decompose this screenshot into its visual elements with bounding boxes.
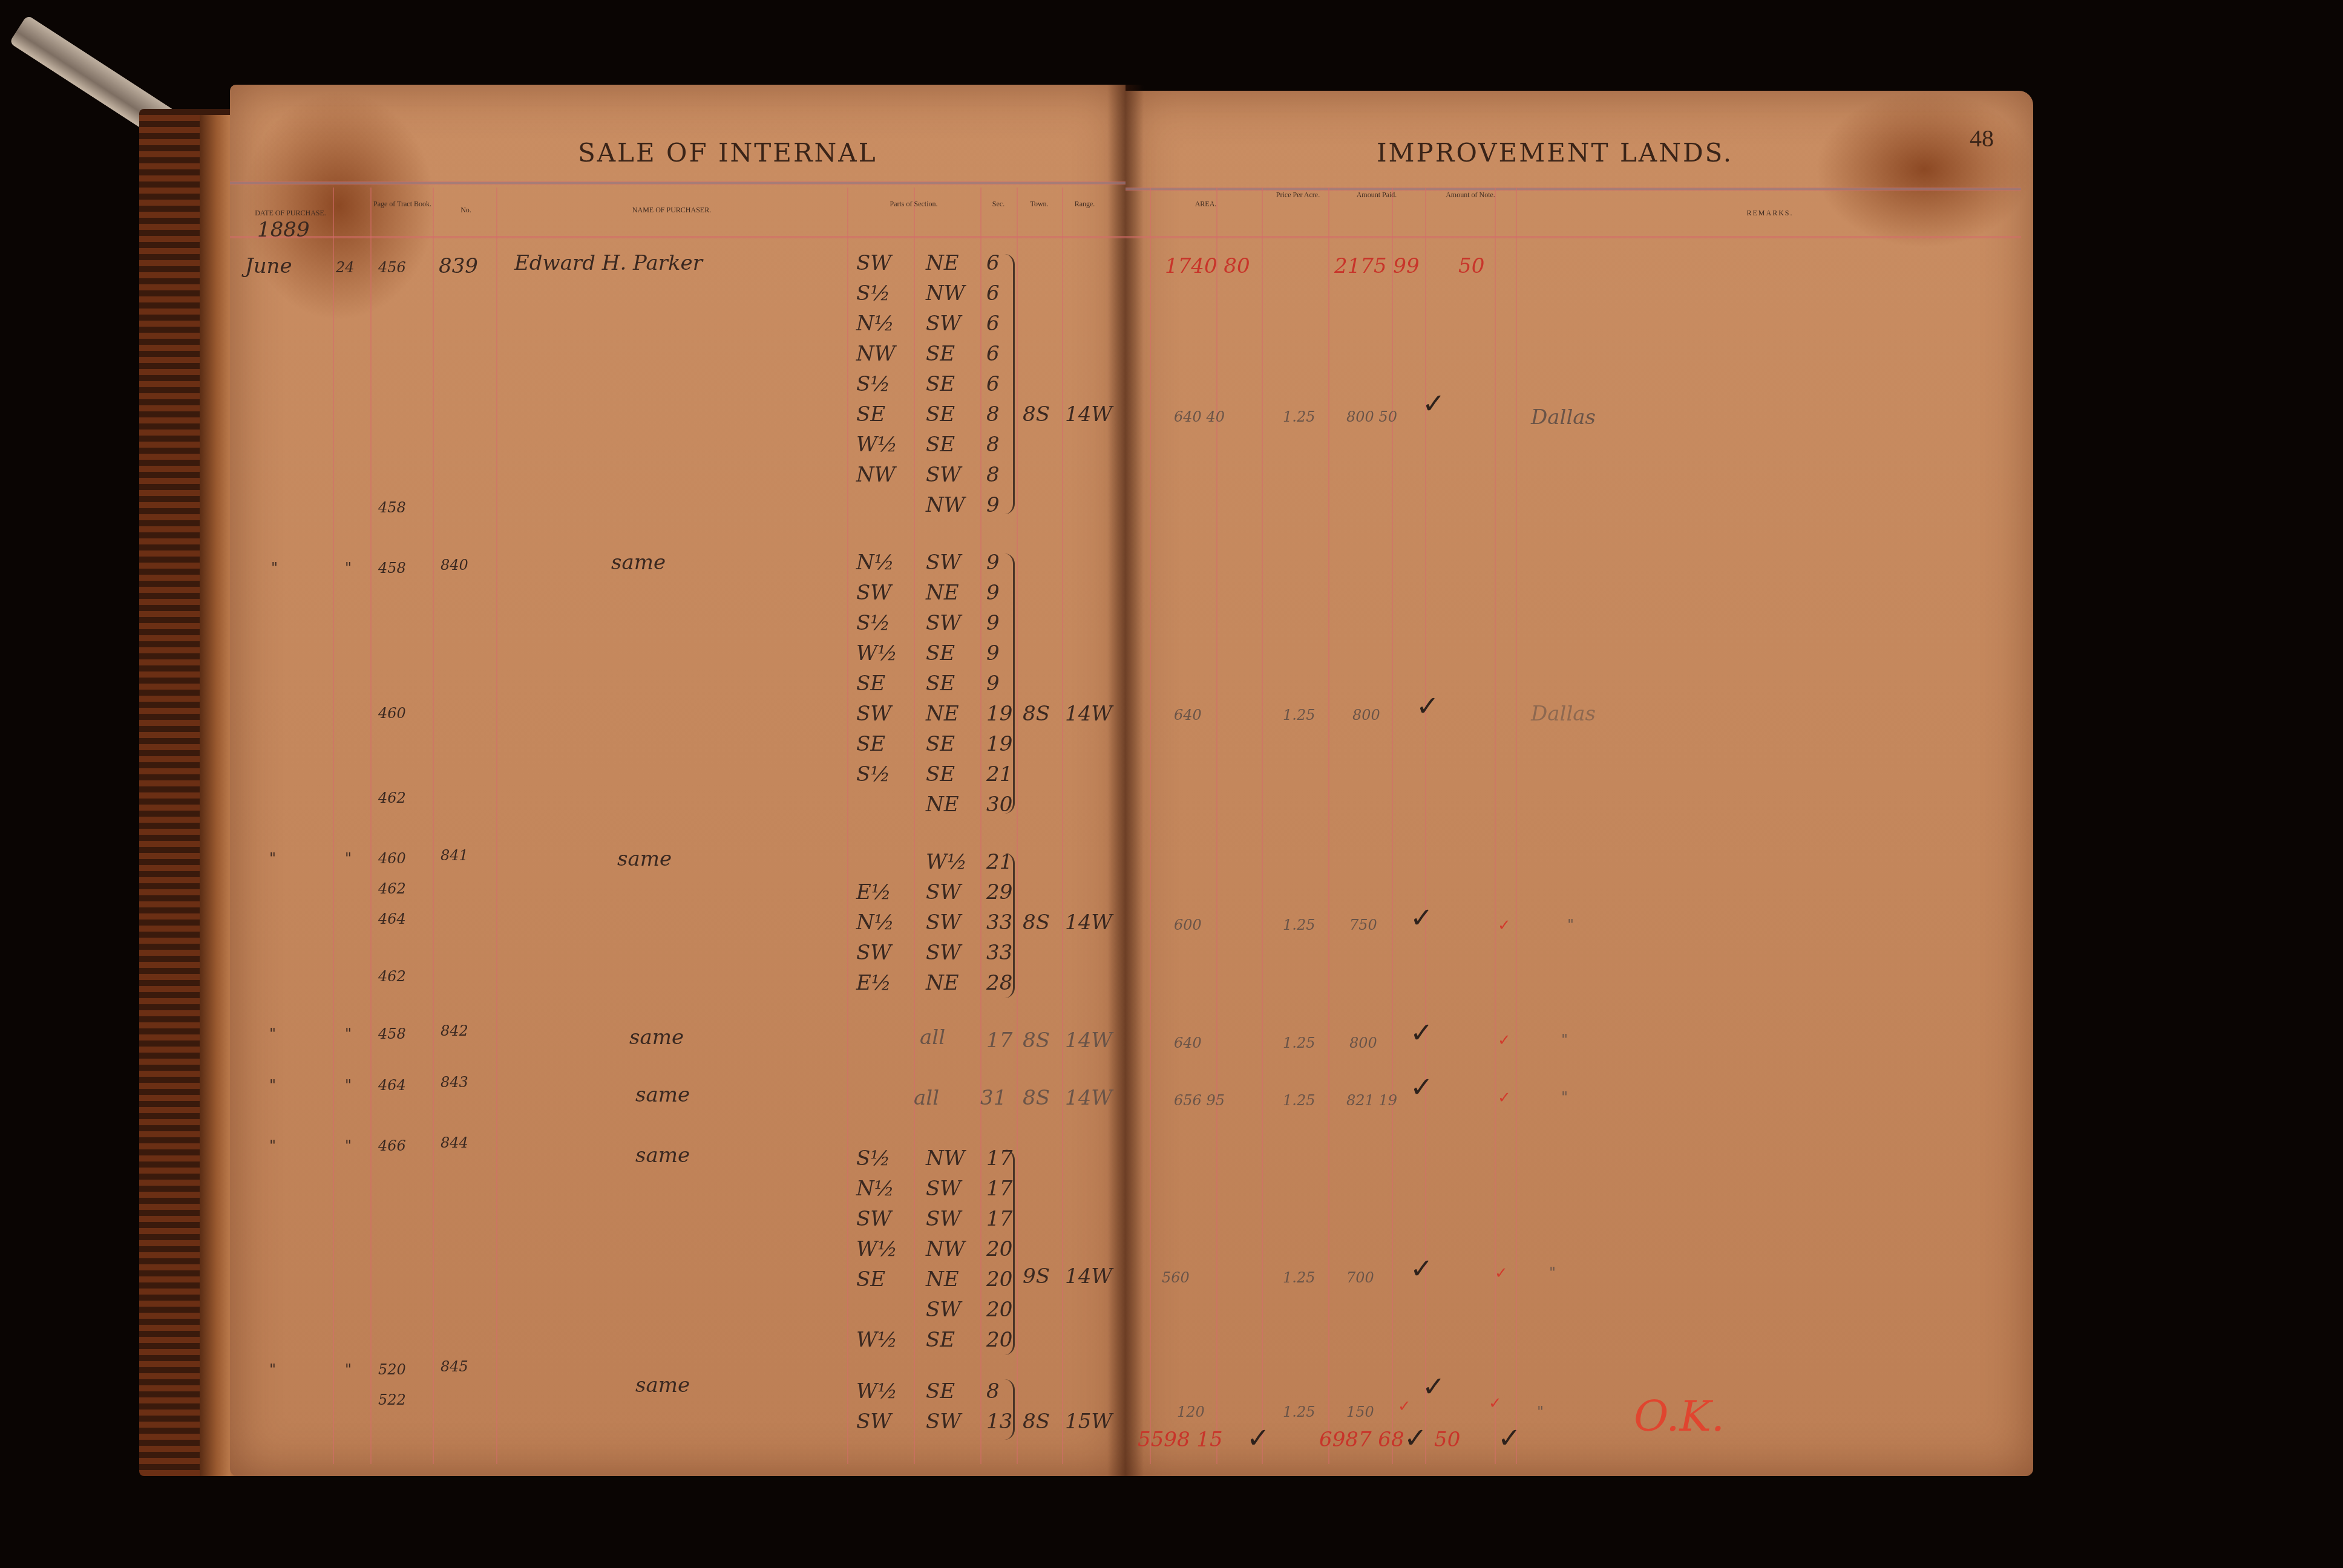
entry-page: 456 (378, 259, 406, 276)
quarter-cell: SE (926, 372, 955, 396)
total-amount-note: 50 (1434, 1428, 1460, 1452)
col-header-parts: Parts of Section. (847, 200, 980, 208)
sec-cell: 9 (986, 611, 1000, 635)
part-cell: NW (856, 342, 896, 366)
book-gutter (1107, 85, 1144, 1476)
header-bottom-rule (230, 236, 2021, 238)
col-header-range: Range. (1062, 200, 1107, 208)
amount-paid-cell: 750 (1349, 916, 1377, 933)
check-mark-icon: ✓ (1498, 1422, 1521, 1454)
quarter-cell: SW (926, 463, 961, 487)
price-cell: 1.25 (1283, 1269, 1315, 1286)
header-rule-left (230, 181, 1126, 185)
entry-no: 839 (439, 254, 478, 278)
purchaser-name: same (617, 847, 672, 871)
part-cell: S½ (856, 611, 890, 635)
part-cell: S½ (856, 762, 890, 786)
quarter-cell: SW (926, 1410, 961, 1434)
purchaser-name: same (635, 1143, 690, 1168)
entry-no: 840 (441, 557, 468, 573)
entry-no: 843 (441, 1074, 468, 1091)
part-cell: SW (856, 941, 891, 965)
entry-date-day: " (345, 1025, 352, 1042)
quarter-cell: NE (926, 702, 959, 726)
col-divider (980, 188, 981, 1464)
entry-page: 460 (378, 850, 406, 867)
quarter-cell: SE (926, 1328, 955, 1352)
col-divider (1262, 188, 1263, 1464)
part-cell: N½ (856, 1177, 894, 1201)
col-divider (1392, 188, 1393, 1464)
check-mark-icon: ✓ (1422, 1370, 1446, 1403)
entry-no: 845 (441, 1358, 468, 1375)
amount-paid-cell: 800 (1352, 707, 1380, 724)
entry-date-day: " (345, 1361, 352, 1378)
part-cell: W½ (856, 641, 897, 665)
range-cell: 15W (1065, 1410, 1112, 1434)
note-red-total: 50 (1458, 254, 1484, 278)
col-divider (433, 188, 434, 1464)
entry-no: 842 (441, 1022, 468, 1039)
town-cell: 8S (1023, 910, 1050, 935)
total-area: 5598 15 (1138, 1428, 1223, 1452)
area-cell: 640 (1174, 1034, 1202, 1051)
col-divider (914, 188, 915, 1464)
price-cell: 1.25 (1283, 408, 1315, 425)
area-red-total: 1740 80 (1165, 254, 1250, 278)
col-header-amount-paid: Amount Paid. (1328, 191, 1425, 199)
entry-page: 520 (378, 1361, 406, 1378)
part-cell: W½ (856, 1237, 897, 1261)
entry-no: 841 (441, 847, 468, 864)
col-divider (847, 188, 848, 1464)
entry-no: 844 (441, 1134, 468, 1151)
entry-extra-page: 464 (378, 910, 406, 927)
col-divider (1516, 188, 1517, 1464)
part-cell: E½ (856, 880, 891, 904)
range-cell: 14W (1065, 1086, 1112, 1110)
entry-extra-page: 462 (378, 968, 406, 985)
sec-cell: 8 (986, 463, 1000, 487)
area-cell: 640 (1174, 707, 1202, 724)
town-cell: 8S (1023, 1028, 1050, 1053)
area-cell: 640 40 (1174, 408, 1225, 425)
entry-page: 466 (378, 1137, 406, 1154)
col-divider (333, 188, 334, 1464)
remarks-cell: Dallas (1531, 405, 1596, 430)
col-header-remarks: REMARKS. (1516, 209, 2024, 217)
part-cell: E½ (856, 971, 891, 995)
quarter-cell: NW (926, 1146, 965, 1171)
col-divider (496, 188, 497, 1464)
col-divider (1150, 188, 1151, 1464)
town-cell: 8S (1023, 702, 1050, 726)
quarter-cell: SW (926, 611, 961, 635)
col-header-town: Town. (1017, 200, 1062, 208)
sec-cell: 6 (986, 342, 1000, 366)
town-cell: 8S (1023, 1086, 1050, 1110)
range-cell: 14W (1065, 1264, 1112, 1289)
quarter-cell: SE (926, 433, 955, 457)
check-mark-icon: ✓ (1404, 1422, 1427, 1454)
price-cell: 1.25 (1283, 916, 1315, 933)
price-cell: 1.25 (1283, 1092, 1315, 1109)
quarter-cell: SE (926, 762, 955, 786)
part-cell: S½ (856, 281, 890, 305)
quarter-cell: NE (926, 251, 959, 275)
quarter-cell: SE (926, 402, 955, 426)
town-cell: 8S (1023, 1410, 1050, 1434)
red-check-icon: ✓ (1498, 1089, 1511, 1107)
part-cell: S½ (856, 372, 890, 396)
quarter-cell: SE (926, 342, 955, 366)
sec-cell: 6 (986, 312, 1000, 336)
part-cell: SE (856, 1267, 885, 1292)
quarter-cell: all (920, 1025, 945, 1050)
purchaser-name: Edward H. Parker (514, 251, 703, 275)
area-cell: 600 (1174, 916, 1202, 933)
check-mark-icon: ✓ (1410, 1252, 1434, 1285)
red-check-icon: ✓ (1489, 1394, 1502, 1413)
area-cell: 120 (1177, 1403, 1205, 1420)
sec-cell: 8 (986, 433, 1000, 457)
quarter-cell: SE (926, 671, 955, 696)
area-cell: 560 (1162, 1269, 1190, 1286)
sec-cell: 31 (980, 1086, 1006, 1110)
col-divider (370, 188, 372, 1464)
quarter-cell: SE (926, 1379, 955, 1403)
sec-cell: 17 (986, 1028, 1012, 1053)
bracket (1004, 1149, 1015, 1355)
quarter-cell: NW (926, 281, 965, 305)
amount-paid-red-total: 2175 99 (1334, 254, 1420, 278)
remarks-ditto: " (1549, 1264, 1556, 1281)
col-divider (1328, 188, 1329, 1464)
sec-cell: 9 (986, 641, 1000, 665)
quarter-cell: NE (926, 792, 959, 817)
remarks-ditto: " (1561, 1089, 1568, 1106)
town-cell: 8S (1023, 402, 1050, 426)
entry-date-month: " (269, 1025, 276, 1042)
sec-cell: 8 (986, 1379, 1000, 1403)
water-stain-right (1815, 91, 2033, 248)
red-check-icon: ✓ (1398, 1397, 1411, 1416)
col-header-name: NAME OF PURCHASER. (496, 206, 847, 214)
remarks-ditto: " (1537, 1403, 1544, 1420)
quarter-cell: SW (926, 910, 961, 935)
range-cell: 14W (1065, 402, 1112, 426)
quarter-cell: SE (926, 732, 955, 756)
remarks-ditto: " (1567, 916, 1574, 933)
entry-date-month: " (269, 1361, 276, 1378)
sec-cell: 8 (986, 402, 1000, 426)
purchaser-name: same (611, 550, 666, 575)
amount-paid-cell: 800 50 (1346, 408, 1397, 425)
col-header-date: DATE OF PURCHASE. (248, 209, 333, 217)
purchaser-name: same (629, 1025, 684, 1050)
quarter-cell: SW (926, 312, 961, 336)
quarter-cell: W½ (926, 850, 967, 874)
check-mark-icon: ✓ (1422, 387, 1446, 420)
purchaser-name: same (635, 1083, 690, 1107)
bracket (1004, 254, 1015, 514)
quarter-cell: all (914, 1086, 939, 1110)
sec-cell: 6 (986, 372, 1000, 396)
col-header-price: Price Per Acre. (1268, 191, 1328, 199)
quarter-cell: NE (926, 971, 959, 995)
range-cell: 14W (1065, 702, 1112, 726)
part-cell: N½ (856, 550, 894, 575)
check-mark-icon: ✓ (1416, 690, 1440, 722)
sec-cell: 6 (986, 251, 1000, 275)
entry-extra-page: 458 (378, 499, 406, 516)
town-cell: 9S (1023, 1264, 1050, 1289)
header-rule-right (1126, 188, 2021, 191)
part-cell: NW (856, 463, 896, 487)
amount-paid-cell: 700 (1346, 1269, 1374, 1286)
entry-date-day: " (345, 1077, 352, 1094)
purchaser-name: same (635, 1373, 690, 1397)
area-cell: 656 95 (1174, 1092, 1225, 1109)
entry-date-day: 24 (336, 259, 355, 276)
sec-cell: 9 (986, 550, 1000, 575)
quarter-cell: NW (926, 1237, 965, 1261)
entry-extra-page: 462 (378, 789, 406, 806)
entry-extra-page: 462 (378, 880, 406, 897)
remarks-cell: Dallas (1531, 702, 1596, 726)
bracket (1004, 1379, 1015, 1440)
year: 1889 (257, 218, 310, 242)
red-check-icon: ✓ (1495, 1264, 1508, 1282)
left-title: SALE OF INTERNAL (578, 138, 877, 168)
col-header-area: AREA. (1150, 200, 1262, 208)
col-header-amount-note: Amount of Note. (1425, 191, 1516, 199)
sec-cell: 6 (986, 281, 1000, 305)
quarter-cell: SW (926, 880, 961, 904)
entry-date-day: " (345, 560, 352, 577)
range-cell: 14W (1065, 910, 1112, 935)
entry-page: 464 (378, 1077, 406, 1094)
quarter-cell: SW (926, 1177, 961, 1201)
amount-paid-cell: 800 (1349, 1034, 1377, 1051)
check-mark-icon: ✓ (1247, 1422, 1270, 1454)
col-divider (1017, 188, 1018, 1464)
col-header-no: No. (436, 206, 496, 214)
col-header-page: Page of Tract Book. (372, 200, 433, 208)
amount-paid-cell: 821 19 (1346, 1092, 1397, 1109)
part-cell: SE (856, 671, 885, 696)
part-cell: W½ (856, 433, 897, 457)
bracket (1004, 853, 1015, 998)
entry-extra-page: 460 (378, 705, 406, 722)
price-cell: 1.25 (1283, 707, 1315, 724)
check-mark-icon: ✓ (1410, 901, 1434, 934)
quarter-cell: SE (926, 641, 955, 665)
part-cell: SW (856, 1410, 891, 1434)
part-cell: SW (856, 581, 891, 605)
part-cell: N½ (856, 910, 894, 935)
red-check-icon: ✓ (1498, 916, 1511, 935)
part-cell: SW (856, 251, 891, 275)
col-divider (1216, 188, 1217, 1464)
ok-mark: O.K. (1634, 1391, 1725, 1441)
entry-date-day: " (345, 850, 352, 867)
part-cell: SW (856, 702, 891, 726)
sec-cell: 9 (986, 493, 1000, 517)
page-number: 48 (1970, 124, 1994, 152)
entry-extra-page: 522 (378, 1391, 406, 1408)
col-header-sec: Sec. (980, 200, 1017, 208)
quarter-cell: SW (926, 941, 961, 965)
part-cell: W½ (856, 1379, 897, 1403)
red-check-icon: ✓ (1498, 1031, 1511, 1050)
entry-page: 458 (378, 1025, 406, 1042)
bracket (1004, 554, 1015, 814)
right-title: IMPROVEMENT LANDS. (1377, 138, 1733, 168)
entry-date-month: June (245, 254, 292, 278)
quarter-cell: SW (926, 1207, 961, 1231)
quarter-cell: NE (926, 1267, 959, 1292)
check-mark-icon: ✓ (1410, 1016, 1434, 1049)
sec-cell: 9 (986, 581, 1000, 605)
quarter-cell: SW (926, 550, 961, 575)
part-cell: W½ (856, 1328, 897, 1352)
col-divider (1062, 188, 1063, 1464)
total-amount-paid: 6987 68 (1319, 1428, 1404, 1452)
part-cell: SE (856, 732, 885, 756)
quarter-cell: NW (926, 493, 965, 517)
entry-page: 458 (378, 560, 406, 577)
price-cell: 1.25 (1283, 1034, 1315, 1051)
price-cell: 1.25 (1283, 1403, 1315, 1420)
entry-date-month: " (269, 1077, 276, 1094)
sec-cell: 9 (986, 671, 1000, 696)
part-cell: S½ (856, 1146, 890, 1171)
entry-date-month: " (271, 560, 278, 577)
range-cell: 14W (1065, 1028, 1112, 1053)
remarks-ditto: " (1561, 1031, 1568, 1048)
entry-date-month: " (269, 850, 276, 867)
quarter-cell: NE (926, 581, 959, 605)
entry-date-day: " (345, 1137, 352, 1154)
part-cell: SW (856, 1207, 891, 1231)
entry-date-month: " (269, 1137, 276, 1154)
part-cell: SE (856, 402, 885, 426)
amount-paid-cell: 150 (1346, 1403, 1374, 1420)
part-cell: N½ (856, 312, 894, 336)
quarter-cell: SW (926, 1298, 961, 1322)
check-mark-icon: ✓ (1410, 1071, 1434, 1103)
